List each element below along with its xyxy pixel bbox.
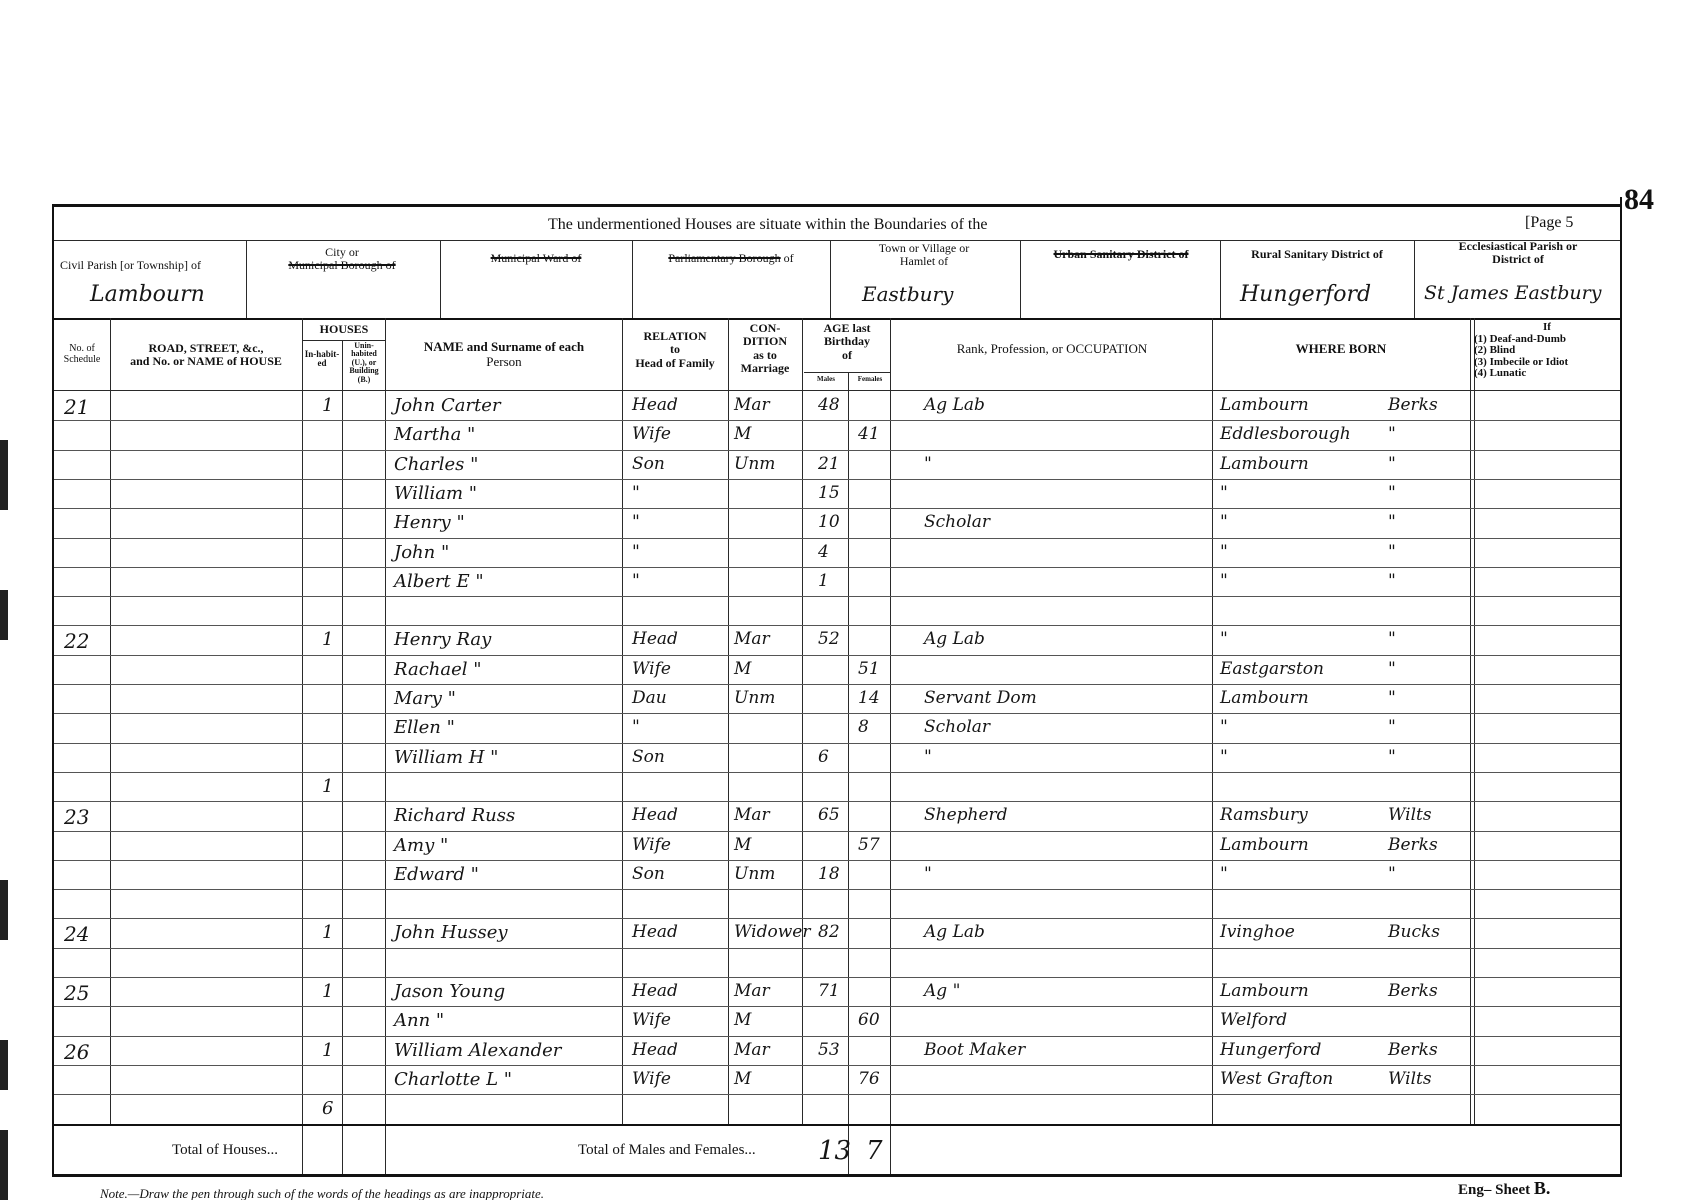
cell-county: Berks: [1388, 837, 1438, 854]
col-schedule-line2: Schedule: [56, 354, 108, 365]
cell-where-born: West Grafton: [1220, 1071, 1333, 1088]
col-infirmity-header: If (1) Deaf-and-Dumb (2) Blind (3) Imbec…: [1474, 322, 1620, 380]
cell-name: William H ": [394, 749, 498, 767]
form-top-rule: [52, 204, 1622, 207]
municipal-ward-label: Municipal Ward of: [446, 252, 626, 265]
cell-where-born: Lambourn: [1220, 456, 1309, 473]
col-road-header: ROAD, STREET, &c., and No. or NAME of HO…: [112, 342, 300, 369]
cell-county: ": [1388, 514, 1396, 531]
cell-male-age: 15: [818, 485, 840, 502]
location-divider: [54, 318, 1620, 320]
cell-where-born: Ramsbury: [1220, 807, 1308, 824]
col-age-line2: Birthday: [804, 335, 890, 348]
cell-occupation: ": [924, 456, 932, 473]
cell-male-age: 82: [818, 924, 840, 941]
form-right-border: [1620, 197, 1622, 1175]
cell-name: John ": [394, 544, 449, 562]
cell-relation: Wife: [632, 426, 671, 443]
cell-county: Bucks: [1388, 924, 1440, 941]
row-rule: [54, 596, 1620, 597]
cell-occupation: Boot Maker: [924, 1042, 1025, 1059]
cell-relation: Wife: [632, 661, 671, 678]
cell-name: John Hussey: [394, 924, 508, 942]
total-males-value: 13: [818, 1136, 851, 1166]
cell-condition: M: [734, 837, 751, 854]
cell-male-age: 52: [818, 631, 840, 648]
cell-county: ": [1388, 661, 1396, 678]
loc-divider: [1020, 241, 1021, 319]
col-road-line1: ROAD, STREET, &c.,: [112, 342, 300, 355]
cell-relation: Head: [632, 631, 678, 648]
cell-county: ": [1388, 456, 1396, 473]
col-females-header: Females: [850, 376, 890, 384]
col-age-line1: AGE last: [804, 322, 890, 335]
cell-county: ": [1388, 631, 1396, 648]
column-divider: [1470, 318, 1471, 1124]
column-divider: [342, 340, 343, 1174]
cell-condition: Unm: [734, 866, 775, 883]
row-rule: [54, 801, 1620, 802]
row-rule: [54, 538, 1620, 539]
cell-female-age: 51: [858, 661, 880, 678]
cell-relation: ": [632, 719, 640, 736]
cell-condition: Mar: [734, 1042, 770, 1059]
cell-name: Amy ": [394, 837, 448, 855]
col-where-born-header: WHERE BORN: [1214, 342, 1468, 357]
cell-schedule: 26: [64, 1042, 89, 1062]
city-label: City or Municipal Borough of: [252, 246, 432, 273]
cell-where-born: ": [1220, 573, 1228, 590]
cell-name: Ann ": [394, 1012, 444, 1030]
total-females-value: 7: [866, 1136, 883, 1166]
cell-inhabited: 1: [322, 924, 333, 942]
row-rule: [54, 948, 1620, 949]
row-rule: [54, 684, 1620, 685]
column-divider: [622, 318, 623, 1124]
row-rule: [54, 743, 1620, 744]
row-rule: [54, 977, 1620, 978]
cell-where-born: ": [1220, 485, 1228, 502]
cell-schedule: 23: [64, 807, 89, 827]
loc-divider: [830, 241, 831, 319]
cell-condition: M: [734, 661, 751, 678]
col-name-line1: NAME and Surname of each: [388, 340, 620, 355]
row-rule: [54, 625, 1620, 626]
cell-relation: ": [632, 514, 640, 531]
cell-relation: Head: [632, 924, 678, 941]
col-condition-line2: DITION: [730, 335, 800, 348]
column-divider: [302, 318, 303, 1174]
cell-relation: ": [632, 544, 640, 561]
cell-where-born: Eddlesborough: [1220, 426, 1351, 443]
cell-where-born: Lambourn: [1220, 983, 1309, 1000]
col-condition-line4: Marriage: [730, 362, 800, 375]
cell-condition: Unm: [734, 456, 775, 473]
col-relation-line2: to: [624, 343, 726, 356]
cell-where-born: Lambourn: [1220, 397, 1309, 414]
cell-condition: Widower: [734, 924, 810, 941]
cell-condition: Mar: [734, 807, 770, 824]
parliamentary-borough-label: Parliamentary Borough of: [636, 252, 826, 265]
cell-female-age: 14: [858, 690, 880, 707]
row-rule: [54, 918, 1620, 919]
column-divider: [890, 318, 891, 1174]
col-males-header: Males: [806, 376, 846, 384]
cell-occupation: Scholar: [924, 514, 990, 531]
ecclesiastical-value: St James Eastbury: [1424, 282, 1602, 304]
town-label-line1: Town or Village or: [834, 242, 1014, 255]
column-divider: [728, 318, 729, 1124]
loc-divider: [1220, 241, 1221, 319]
cell-occupation: Scholar: [924, 719, 990, 736]
town-label-line2: Hamlet of: [834, 255, 1014, 268]
col-inhabited-header: In-habit-ed: [304, 350, 340, 369]
parliamentary-borough-suffix: of: [784, 251, 794, 265]
cell-county: Wilts: [1388, 807, 1432, 824]
row-rule: [54, 479, 1620, 480]
row-rule: [54, 1094, 1620, 1095]
cell-occupation: Servant Dom: [924, 690, 1037, 707]
col-age-line3: of: [804, 349, 890, 362]
cell-name: Rachael ": [394, 661, 482, 679]
loc-divider: [632, 241, 633, 319]
cell-condition: M: [734, 426, 751, 443]
cell-where-born: Ivinghoe: [1220, 924, 1295, 941]
cell-where-born: ": [1220, 719, 1228, 736]
boundaries-heading: The undermentioned Houses are situate wi…: [548, 216, 987, 234]
parliamentary-borough-text: Parliamentary Borough: [668, 251, 780, 265]
heading-divider: [54, 240, 1620, 241]
cell-name: Richard Russ: [394, 807, 515, 825]
col-schedule-line1: No. of: [56, 343, 108, 354]
row-rule: [54, 772, 1620, 773]
cell-relation: Wife: [632, 837, 671, 854]
cell-name: Albert E ": [394, 573, 484, 591]
footnote: Note.—Draw the pen through such of the w…: [100, 1186, 544, 1200]
infirmity-if: If: [1474, 322, 1620, 334]
cell-male-age: 48: [818, 397, 840, 414]
sheet-letter: B.: [1534, 1178, 1551, 1198]
cell-male-age: 71: [818, 983, 840, 1000]
cell-condition: Mar: [734, 983, 770, 1000]
cell-county: ": [1388, 690, 1396, 707]
col-schedule-header: No. of Schedule: [56, 343, 108, 365]
loc-divider: [440, 241, 441, 319]
cell-where-born: Eastgarston: [1220, 661, 1324, 678]
cell-occupation: Ag Lab: [924, 631, 985, 648]
cell-county: ": [1388, 485, 1396, 502]
row-rule: [54, 655, 1620, 656]
cell-name: Ellen ": [394, 719, 455, 737]
cell-name: Henry Ray: [394, 631, 491, 649]
col-condition-line3: as to: [730, 349, 800, 362]
cell-where-born: Lambourn: [1220, 837, 1309, 854]
column-divider: [385, 318, 386, 1174]
total-houses-label: Total of Houses...: [172, 1142, 278, 1159]
cell-male-age: 65: [818, 807, 840, 824]
cell-relation: Dau: [632, 690, 667, 707]
col-relation-line1: RELATION: [624, 330, 726, 343]
column-divider: [848, 372, 849, 1174]
cell-inhabited: 1: [322, 983, 333, 1001]
cell-name: John Carter: [394, 397, 501, 415]
cell-county: ": [1388, 749, 1396, 766]
cell-male-age: 6: [818, 749, 829, 766]
cell-occupation: Ag ": [924, 983, 960, 1000]
totals-divider: [54, 1124, 1620, 1126]
cell-relation: Wife: [632, 1071, 671, 1088]
loc-divider: [1414, 241, 1415, 319]
page-label: [Page 5: [1525, 214, 1573, 232]
cell-where-born: ": [1220, 514, 1228, 531]
column-divider: [802, 318, 803, 1124]
column-divider: [1474, 318, 1475, 1124]
cell-name: William Alexander: [394, 1042, 561, 1060]
scan-edge-mark: [0, 880, 8, 940]
cell-county: Berks: [1388, 1042, 1438, 1059]
col-road-line2: and No. or NAME of HOUSE: [112, 355, 300, 368]
cell-occupation: Shepherd: [924, 807, 1008, 824]
cell-condition: M: [734, 1071, 751, 1088]
cell-where-born: ": [1220, 631, 1228, 648]
cell-relation: Head: [632, 983, 678, 1000]
cell-female-age: 41: [858, 426, 880, 443]
cell-where-born: ": [1220, 866, 1228, 883]
cell-where-born: Hungerford: [1220, 1042, 1321, 1059]
ecclesiastical-label: Ecclesiastical Parish or District of: [1418, 240, 1618, 267]
cell-condition: Mar: [734, 397, 770, 414]
cell-male-age: 53: [818, 1042, 840, 1059]
loc-divider: [246, 241, 247, 319]
folio-number: 84: [1624, 183, 1654, 217]
scan-edge-mark: [0, 590, 8, 640]
cell-male-age: 21: [818, 456, 840, 473]
row-rule: [54, 1006, 1620, 1007]
cell-where-born: Lambourn: [1220, 690, 1309, 707]
age-divider: [804, 372, 890, 373]
col-name-header: NAME and Surname of each Person: [388, 340, 620, 369]
cell-male-age: 18: [818, 866, 840, 883]
col-uninhabited-header: Unin-habited (U.), or Building (B.): [344, 342, 384, 384]
cell-occupation: Ag Lab: [924, 924, 985, 941]
col-name-line2: Person: [388, 355, 620, 370]
cell-male-age: 10: [818, 514, 840, 531]
cell-name: Charlotte L ": [394, 1071, 512, 1089]
cell-condition: Mar: [734, 631, 770, 648]
col-age-header: AGE last Birthday of: [804, 322, 890, 362]
cell-county: ": [1388, 426, 1396, 443]
cell-county: Wilts: [1388, 1071, 1432, 1088]
cell-relation: ": [632, 573, 640, 590]
row-rule: [54, 1036, 1620, 1037]
col-relation-line3: Head of Family: [624, 357, 726, 370]
cell-relation: Head: [632, 807, 678, 824]
cell-name: Edward ": [394, 866, 479, 884]
cell-schedule: 22: [64, 631, 89, 651]
cell-where-born: Welford: [1220, 1012, 1287, 1029]
cell-occupation: Ag Lab: [924, 397, 985, 414]
rural-sanitary-label: Rural Sanitary District of: [1224, 248, 1410, 261]
row-rule: [54, 1065, 1620, 1066]
total-persons-label: Total of Males and Females...: [578, 1142, 756, 1159]
col-condition-header: CON- DITION as to Marriage: [730, 322, 800, 376]
cell-female-age: 57: [858, 837, 880, 854]
ecclesiastical-label-line1: Ecclesiastical Parish or: [1418, 240, 1618, 253]
row-rule: [54, 450, 1620, 451]
cell-female-age: 76: [858, 1071, 880, 1088]
cell-inhabited: 6: [322, 1100, 333, 1118]
cell-inhabited: 1: [322, 1042, 333, 1060]
cell-name: William ": [394, 485, 477, 503]
rural-sanitary-value: Hungerford: [1240, 282, 1371, 307]
row-rule: [54, 420, 1620, 421]
row-rule: [54, 889, 1620, 890]
col-houses-header: HOUSES: [304, 323, 384, 336]
sheet-label: Eng– Sheet B.: [1458, 1178, 1550, 1199]
scan-edge-mark: [0, 1130, 8, 1200]
cell-county: ": [1388, 573, 1396, 590]
cell-relation: ": [632, 485, 640, 502]
cell-relation: Wife: [632, 1012, 671, 1029]
cell-condition: Unm: [734, 690, 775, 707]
cell-schedule: 21: [64, 397, 89, 417]
cell-female-age: 60: [858, 1012, 880, 1029]
civil-parish-label: Civil Parish [or Township] of: [60, 258, 201, 273]
cell-inhabited: 1: [322, 397, 333, 415]
cell-name: Martha ": [394, 426, 475, 444]
row-rule: [54, 567, 1620, 568]
col-condition-line1: CON-: [730, 322, 800, 335]
city-label-line1: City or: [252, 246, 432, 259]
column-divider: [1212, 318, 1213, 1124]
infirmity-lunatic: (4) Lunatic: [1474, 368, 1620, 380]
cell-county: ": [1388, 866, 1396, 883]
cell-occupation: ": [924, 749, 932, 766]
sheet-label-text: Eng– Sheet: [1458, 1182, 1530, 1198]
cell-schedule: 24: [64, 924, 89, 944]
scan-edge-mark: [0, 440, 8, 510]
row-rule: [54, 713, 1620, 714]
cell-name: Henry ": [394, 514, 465, 532]
cell-name: Mary ": [394, 690, 456, 708]
cell-inhabited: 1: [322, 778, 333, 796]
cell-county: Berks: [1388, 397, 1438, 414]
cell-name: Charles ": [394, 456, 478, 474]
cell-occupation: ": [924, 866, 932, 883]
urban-sanitary-label: Urban Sanitary District of: [1026, 248, 1216, 261]
cell-county: ": [1388, 544, 1396, 561]
col-relation-header: RELATION to Head of Family: [624, 330, 726, 370]
civil-parish-value: Lambourn: [90, 282, 205, 307]
city-label-line2: Municipal Borough of: [252, 259, 432, 272]
cell-county: Berks: [1388, 983, 1438, 1000]
cell-male-age: 4: [818, 544, 829, 561]
column-divider: [110, 318, 111, 1124]
row-rule: [54, 860, 1620, 861]
town-value: Eastbury: [862, 282, 953, 306]
form-bottom-rule: [52, 1174, 1622, 1177]
cell-county: ": [1388, 719, 1396, 736]
infirmity-blind: (2) Blind: [1474, 345, 1620, 357]
cell-male-age: 1: [818, 573, 829, 590]
cell-where-born: ": [1220, 544, 1228, 561]
cell-where-born: ": [1220, 749, 1228, 766]
cell-inhabited: 1: [322, 631, 333, 649]
cell-relation: Son: [632, 866, 665, 883]
ecclesiastical-label-line2: District of: [1418, 253, 1618, 266]
scan-edge-mark: [0, 1040, 8, 1090]
town-label: Town or Village or Hamlet of: [834, 242, 1014, 269]
cell-name: Jason Young: [394, 983, 505, 1001]
row-rule: [54, 508, 1620, 509]
form-left-border: [52, 205, 54, 1175]
cell-relation: Head: [632, 397, 678, 414]
cell-female-age: 8: [858, 719, 869, 736]
cell-schedule: 25: [64, 983, 89, 1003]
cell-relation: Son: [632, 749, 665, 766]
row-rule: [54, 831, 1620, 832]
cell-relation: Head: [632, 1042, 678, 1059]
col-occupation-header: Rank, Profession, or OCCUPATION: [894, 342, 1210, 357]
cell-relation: Son: [632, 456, 665, 473]
cell-condition: M: [734, 1012, 751, 1029]
header-bottom-rule: [54, 390, 1620, 391]
